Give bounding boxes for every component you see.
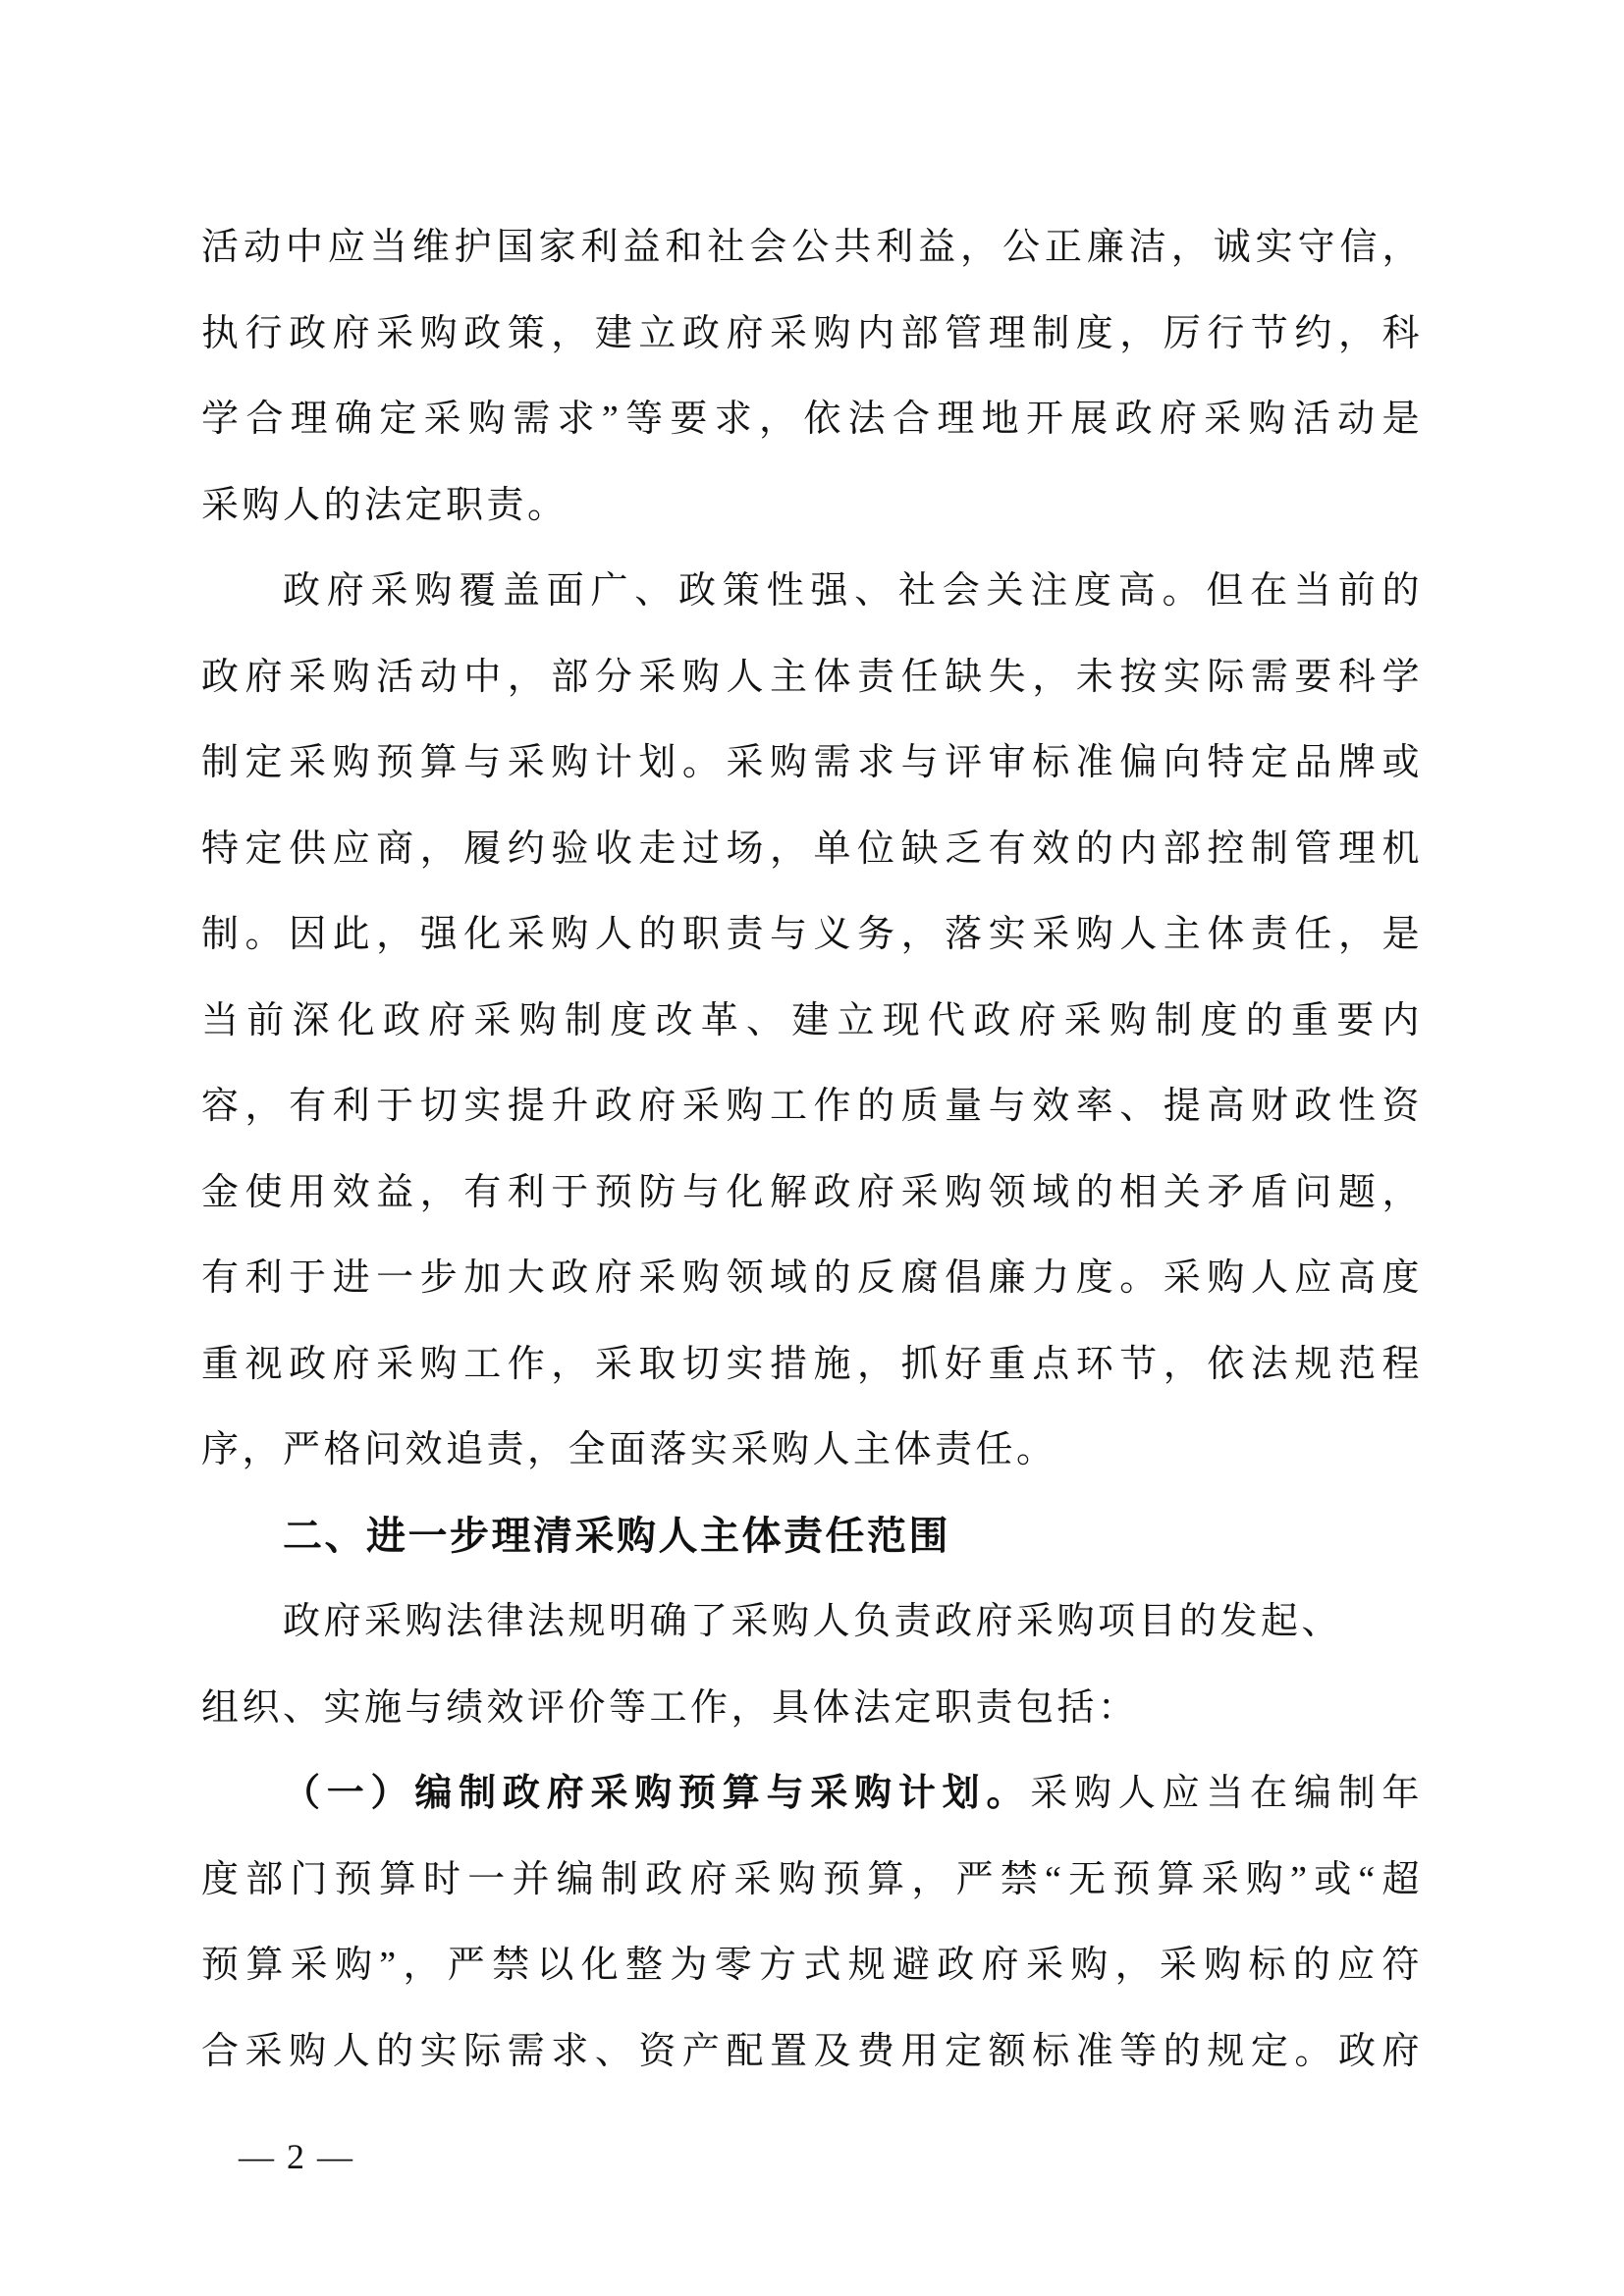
text-line: 度部门预算时一并编制政府采购预算，严禁“无预算采购”或“超 — [201, 1838, 1423, 1924]
text-line: 容，有利于切实提升政府采购工作的质量与效率、提高财政性资 — [201, 1064, 1423, 1150]
text-line: 序，严格问效追责，全面落实采购人主体责任。 — [201, 1408, 1423, 1494]
text-line: 政府采购活动中，部分采购人主体责任缺失，未按实际需要科学 — [201, 635, 1423, 721]
text-line: 预算采购”，严禁以化整为零方式规避政府采购，采购标的应符 — [201, 1923, 1423, 2009]
subheading-bold-text: （一）编制政府采购预算与采购计划。 — [283, 1773, 1030, 1814]
text-line: 有利于进一步加大政府采购领域的反腐倡廉力度。采购人应高度 — [201, 1236, 1423, 1322]
text-line: 特定供应商，履约验收走过场，单位缺乏有效的内部控制管理机 — [201, 807, 1423, 893]
text-line: 组织、实施与绩效评价等工作，具体法定职责包括： — [201, 1666, 1423, 1752]
text-line: 政府采购法律法规明确了采购人负责政府采购项目的发起、 — [201, 1579, 1423, 1666]
text-line: 执行政府采购政策，建立政府采购内部管理制度，厉行节约，科 — [201, 292, 1423, 378]
page-number: — 2 — — [239, 2132, 354, 2181]
text-line: 重视政府采购工作，采取切实措施，抓好重点环节，依法规范程 — [201, 1322, 1423, 1409]
text-line: 采购人的法定职责。 — [201, 463, 1423, 550]
document-page: 活动中应当维护国家利益和社会公共利益，公正廉洁，诚实守信， 执行政府采购政策，建… — [0, 0, 1624, 2296]
text-line: 政府采购覆盖面广、政策性强、社会关注度高。但在当前的 — [201, 549, 1423, 635]
line-text: 采购人应当在编制年 — [1030, 1773, 1423, 1814]
text-line: 当前深化政府采购制度改革、建立现代政府采购制度的重要内 — [201, 979, 1423, 1065]
section-heading: 二、进一步理清采购人主体责任范围 — [201, 1494, 1423, 1580]
document-text: 活动中应当维护国家利益和社会公共利益，公正廉洁，诚实守信， 执行政府采购政策，建… — [201, 205, 1423, 2095]
text-line: 金使用效益，有利于预防与化解政府采购领域的相关矛盾问题， — [201, 1150, 1423, 1237]
text-line: 合采购人的实际需求、资产配置及费用定额标准等的规定。政府 — [201, 2009, 1423, 2096]
text-line: （一）编制政府采购预算与采购计划。采购人应当在编制年 — [201, 1751, 1423, 1838]
text-line: 活动中应当维护国家利益和社会公共利益，公正廉洁，诚实守信， — [201, 205, 1423, 292]
text-line: 制定采购预算与采购计划。采购需求与评审标准偏向特定品牌或 — [201, 721, 1423, 807]
text-line: 制。因此，强化采购人的职责与义务，落实采购人主体责任，是 — [201, 892, 1423, 979]
text-line: 学合理确定采购需求”等要求，依法合理地开展政府采购活动是 — [201, 377, 1423, 463]
